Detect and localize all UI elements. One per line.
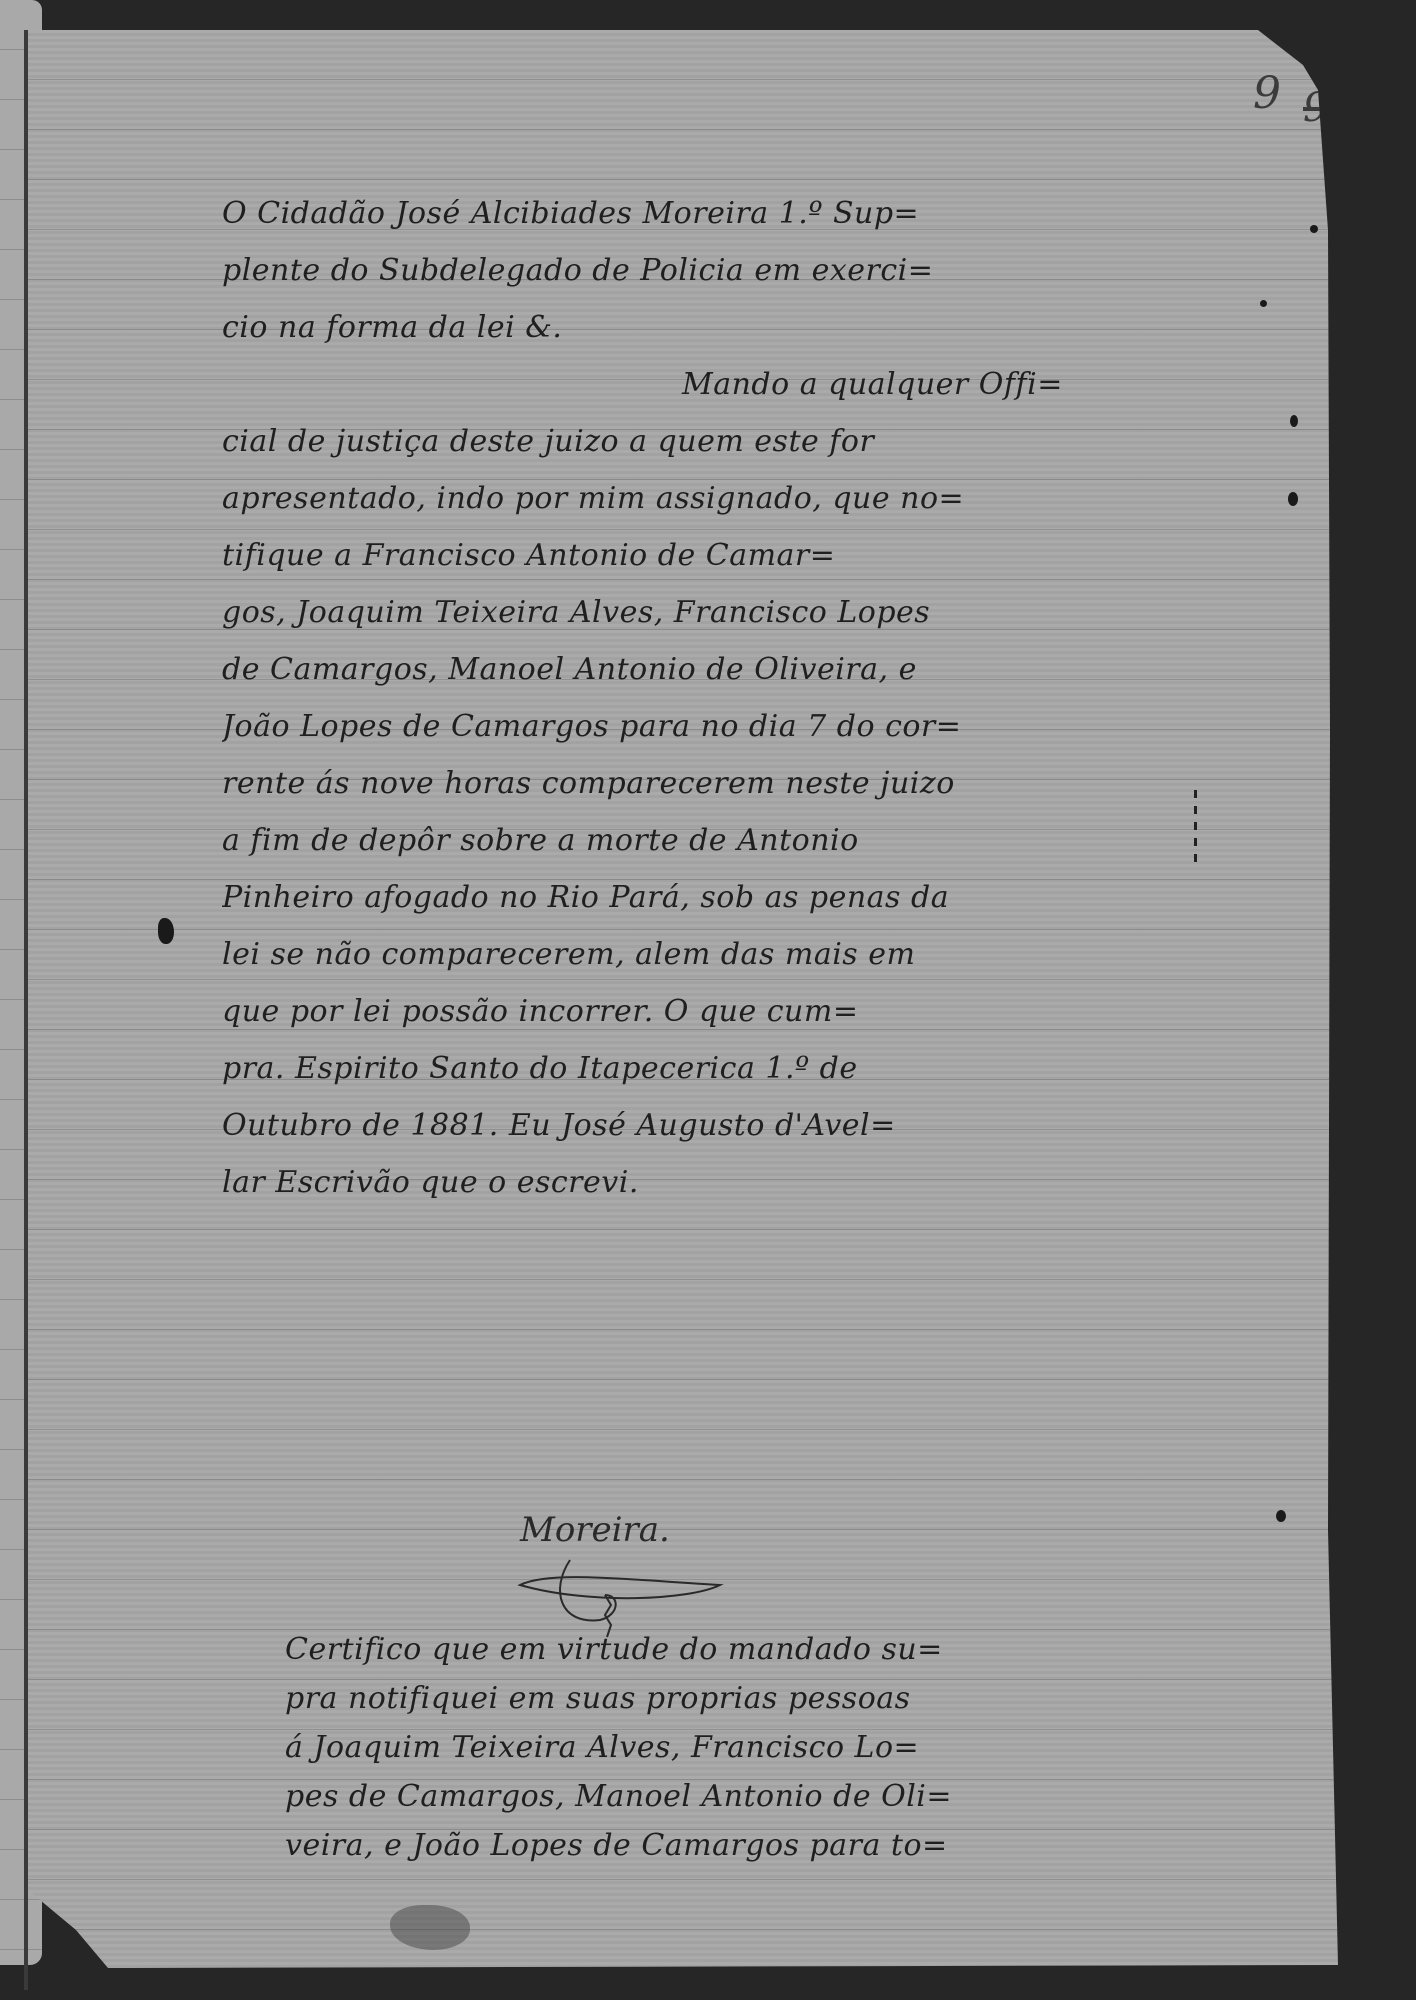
- certificate-line: pra notifiquei em suas proprias pessoas: [285, 1674, 1345, 1723]
- certificate-line: Certifico que em virtude do mandado su=: [285, 1625, 1345, 1674]
- writ-line: lar Escrivão que o escrevi.: [222, 1154, 1302, 1211]
- writ-line: Outubro de 1881. Eu José Augusto d'Avel=: [222, 1097, 1302, 1154]
- writ-line: apresentado, indo por mim assignado, que…: [222, 470, 1302, 527]
- writ-line: que por lei possão incorrer. O que cum=: [222, 983, 1302, 1040]
- signature: Moreira.: [520, 1510, 670, 1550]
- writ-line: tifique a Francisco Antonio de Camar=: [222, 527, 1302, 584]
- folio-number-struck: 9: [1303, 85, 1328, 131]
- ink-blot: [158, 918, 174, 944]
- writ-text: O Cidadão José Alcibiades Moreira 1.º Su…: [222, 185, 1302, 1211]
- ink-blot: [1260, 300, 1267, 307]
- binding-edge: [24, 30, 28, 1990]
- writ-line: a fim de depôr sobre a morte de Antonio: [222, 812, 1302, 869]
- certificate-line: veira, e João Lopes de Camargos para to=: [285, 1821, 1345, 1870]
- writ-line: plente do Subdelegado de Policia em exer…: [222, 242, 1302, 299]
- writ-line: O Cidadão José Alcibiades Moreira 1.º Su…: [222, 185, 1302, 242]
- ink-stain: [390, 1905, 470, 1950]
- writ-line: gos, Joaquim Teixeira Alves, Francisco L…: [222, 584, 1302, 641]
- margin-mark: [1194, 790, 1197, 870]
- ink-blot: [1290, 415, 1298, 427]
- ink-blot: [1288, 492, 1298, 506]
- manuscript-page: 9 9 O Cidadão José Alcibiades Moreira 1.…: [28, 30, 1368, 1968]
- folio-number: 9: [1253, 68, 1281, 119]
- writ-line: Pinheiro afogado no Rio Pará, sob as pen…: [222, 869, 1302, 926]
- ink-blot: [1310, 225, 1318, 233]
- certificate-line: á Joaquim Teixeira Alves, Francisco Lo=: [285, 1723, 1345, 1772]
- writ-line: cial de justiça deste juizo a quem este …: [222, 413, 1302, 470]
- writ-line: pra. Espirito Santo do Itapecerica 1.º d…: [222, 1040, 1302, 1097]
- writ-line: de Camargos, Manoel Antonio de Oliveira,…: [222, 641, 1302, 698]
- ink-blot: [1276, 1510, 1286, 1522]
- writ-line: João Lopes de Camargos para no dia 7 do …: [222, 698, 1302, 755]
- certificate-text: Certifico que em virtude do mandado su= …: [285, 1625, 1345, 1870]
- certificate-line: pes de Camargos, Manoel Antonio de Oli=: [285, 1772, 1345, 1821]
- writ-line: rente ás nove horas comparecerem neste j…: [222, 755, 1302, 812]
- writ-line: lei se não comparecerem, alem das mais e…: [222, 926, 1302, 983]
- writ-line: cio na forma da lei &.: [222, 299, 1302, 356]
- document-scan: 9 9 O Cidadão José Alcibiades Moreira 1.…: [0, 0, 1416, 2000]
- writ-line: Mando a qualquer Offi=: [222, 356, 1302, 413]
